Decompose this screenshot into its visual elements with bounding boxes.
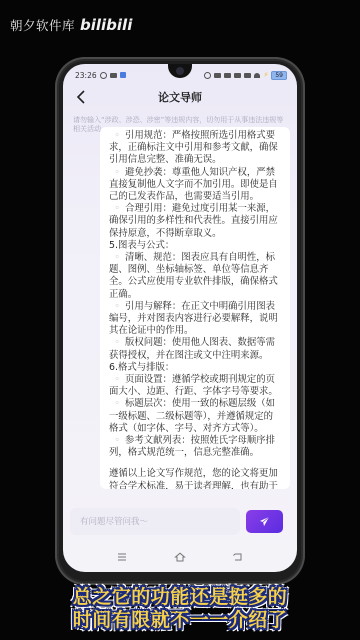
bullet-icon: ◦ — [109, 435, 125, 447]
message-bullet: ◦参考文献列表：按照姓氏字母顺序排列，格式规范统一，信息完整准确。 — [109, 435, 281, 459]
status-time: 23:26 — [75, 71, 97, 80]
home-button[interactable] — [174, 547, 186, 566]
battery-level: 59 — [271, 71, 287, 80]
message-bullet: ◦页面设置：遵循学校或期刊规定的页面大小、边距、行距、字体字号等要求。 — [109, 374, 281, 398]
bilibili-logo: bilibili — [80, 16, 132, 34]
menu-icon — [116, 552, 128, 562]
charging-icon: ⚡ — [263, 71, 268, 79]
bullet-icon: ◦ — [109, 337, 125, 349]
message-bullet: ◦清晰、规范：图表应具有自明性，标题、图例、坐标轴标签、单位等信息齐全。公式应使… — [109, 252, 281, 301]
message-section-heading: 6.格式与排版： — [109, 362, 281, 374]
phone-screen: 23:26 ⚡ 59 论文导师 请勿输入“涉政、涉恐、涉密”等违规内容，切勿用于… — [63, 64, 297, 572]
alarm-icon — [204, 72, 211, 79]
bullet-icon: ◦ — [109, 203, 125, 215]
channel-name: 朝夕软件库 — [10, 16, 75, 34]
data-speed-icon — [214, 73, 221, 78]
subtitle-line-1: 总之它的功能还是挺多的 — [0, 586, 360, 609]
back-nav-button[interactable] — [232, 547, 244, 566]
message-line: ◦引用规范：严格按照所选引用格式要求，正确标注文中引用和参考文献，确保引用信息完… — [109, 130, 281, 167]
hd-icon — [224, 73, 231, 78]
paper-plane-icon — [259, 516, 270, 527]
menu-button[interactable] — [116, 547, 128, 566]
message-bullet: ◦标题层次：使用一致的标题层级（如一级标题、二级标题等），并遵循规定的格式（如字… — [109, 398, 281, 435]
search-status-icon — [100, 72, 107, 79]
chat-input[interactable] — [78, 516, 240, 528]
message-bullet: ◦合理引用：避免过度引用某一来源，确保引用的多样性和代表性。直接引用应保持原意，… — [109, 203, 281, 240]
back-button[interactable] — [71, 86, 91, 108]
home-icon — [174, 552, 186, 562]
signal-2-icon — [244, 73, 251, 78]
system-nav-bar — [63, 544, 297, 568]
message-bullet: ◦版权问题：使用他人图表、数据等需获得授权，并在图注或文中注明来源。 — [109, 337, 281, 361]
back-icon — [232, 552, 244, 562]
page-header: 论文导师 — [63, 86, 297, 108]
chevron-left-icon — [76, 90, 86, 104]
assistant-message-bubble: ◦引用规范：严格按照所选引用格式要求，正确标注文中引用和参考文献，确保引用信息完… — [100, 127, 290, 489]
message-section-heading: 5.图表与公式： — [109, 240, 281, 252]
app-status-icon — [120, 72, 126, 78]
bullet-icon: ◦ — [109, 252, 125, 264]
send-button[interactable] — [246, 510, 283, 533]
wifi-icon — [254, 73, 260, 78]
chat-input-container — [70, 508, 240, 535]
video-subtitle: 总之它的功能还是挺多的 时间有限就不一一介绍了 — [0, 586, 360, 632]
bullet-icon: ◦ — [109, 167, 125, 179]
video-status-icon — [110, 73, 117, 78]
message-conclusion: 遵循以上论文写作规范，您的论文将更加符合学术标准，易于读者理解，也有助于提升论文… — [109, 468, 281, 489]
signal-icon — [234, 73, 241, 78]
watermark: 朝夕软件库 bilibili — [10, 16, 132, 34]
bullet-icon: ◦ — [109, 398, 125, 410]
bullet-icon: ◦ — [109, 130, 125, 142]
bullet-icon: ◦ — [109, 374, 125, 386]
message-bullet: ◦避免抄袭：尊重他人知识产权，严禁直接复制他人文字而不加引用。即使是自己的已发表… — [109, 167, 281, 204]
bullet-icon: ◦ — [109, 301, 125, 313]
subtitle-line-2: 时间有限就不一一介绍了 — [0, 609, 360, 632]
page-title: 论文导师 — [158, 89, 202, 105]
message-bullet: ◦引用与解释：在正文中明确引用图表编号，并对图表内容进行必要解释，说明其在论证中… — [109, 301, 281, 338]
